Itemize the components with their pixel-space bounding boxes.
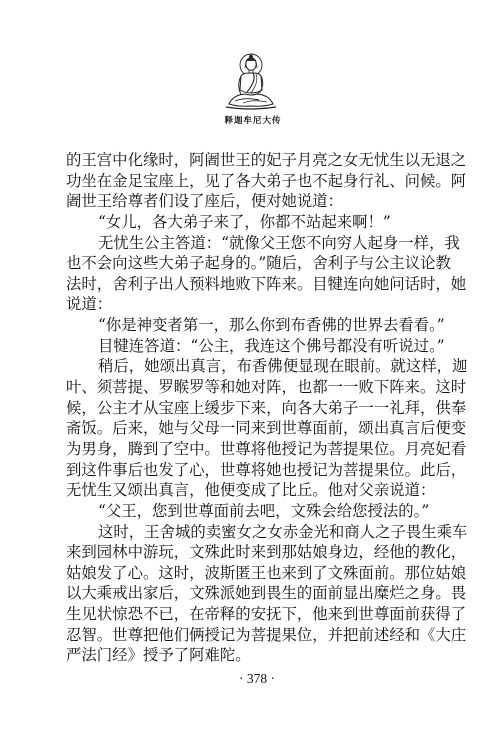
text-line: 忍智。世尊把他们俩授记为菩提果位，并把前述经和《大庄	[66, 625, 438, 646]
text-line: “父王，您到世尊面前去吧，文殊会给您授法的。”	[66, 501, 438, 522]
text-line: 姑娘发了心。这时，波斯匿王也来到了文殊面前。那位姑娘	[66, 563, 438, 584]
page-number: · 378 ·	[0, 671, 502, 687]
text-line: “你是神变者第一，那么你到布香佛的世界去看看。”	[66, 315, 438, 336]
text-line: 也不会向这些大弟子起身的。”随后，舍利子与公主议论教	[66, 253, 438, 274]
page-header: 释迦牟尼大传	[0, 52, 502, 126]
text-line: 叶、须菩提、罗睺罗等和她对阵，也都一一败下阵来。这时	[66, 377, 438, 398]
text-line: 功坐在金足宝座上，见了各大弟子也不起身行礼、问候。阿	[66, 171, 438, 192]
text-line: 为男身，腾到了空中。世尊将他授记为菩提果位。月亮妃看	[66, 439, 438, 460]
text-line: 严法门经》授予了阿难陀。	[66, 645, 438, 666]
text-line: 斋饭。后来，她与父母一同来到世尊面前，颂出真言后便变	[66, 418, 438, 439]
text-line: 生见状惊恐不已，在帝释的安抚下，他来到世尊面前获得了	[66, 604, 438, 625]
text-line: 的王宫中化缘时，阿阇世王的妃子月亮之女无忧生以无退之	[66, 150, 438, 171]
text-line: 法时，舍利子出人预料地败下阵来。目犍连向她问话时，她	[66, 274, 438, 295]
text-line: 这时，王舍城的卖蜜女之女赤金光和商人之子畏生乘车	[66, 522, 438, 543]
text-line: “女儿，各大弟子来了，你都不站起来啊！”	[66, 212, 438, 233]
text-line: 稍后，她颂出真言，布香佛便显现在眼前。就这样，迦	[66, 356, 438, 377]
text-line: 无忧生公主答道：“就像父王您不向穷人起身一样，我	[66, 233, 438, 254]
text-line: 以大乘戒出家后，文殊派她到畏生的面前显出糜烂之身。畏	[66, 583, 438, 604]
book-title-caption: 释迦牟尼大传	[0, 114, 502, 126]
text-line: 到这件事后也发了心，世尊将她也授记为菩提果位。此后，	[66, 460, 438, 481]
seated-buddha-icon	[223, 52, 279, 112]
text-line: 阇世王给尊者们设了座后，便对她说道：	[66, 191, 438, 212]
text-line: 说道：	[66, 294, 438, 315]
text-line: 无忧生又颂出真言，他便变成了比丘。他对父亲说道：	[66, 480, 438, 501]
text-line: 来到园林中游玩，文殊此时来到那姑娘身边，经他的教化，	[66, 542, 438, 563]
text-line: 候，公主才从宝座上缓步下来，向各大弟子一一礼拜，供奉	[66, 398, 438, 419]
body-text: 的王宫中化缘时，阿阇世王的妃子月亮之女无忧生以无退之功坐在金足宝座上，见了各大弟…	[66, 150, 438, 666]
text-line: 目犍连答道：“公主，我连这个佛号都没有听说过。”	[66, 336, 438, 357]
